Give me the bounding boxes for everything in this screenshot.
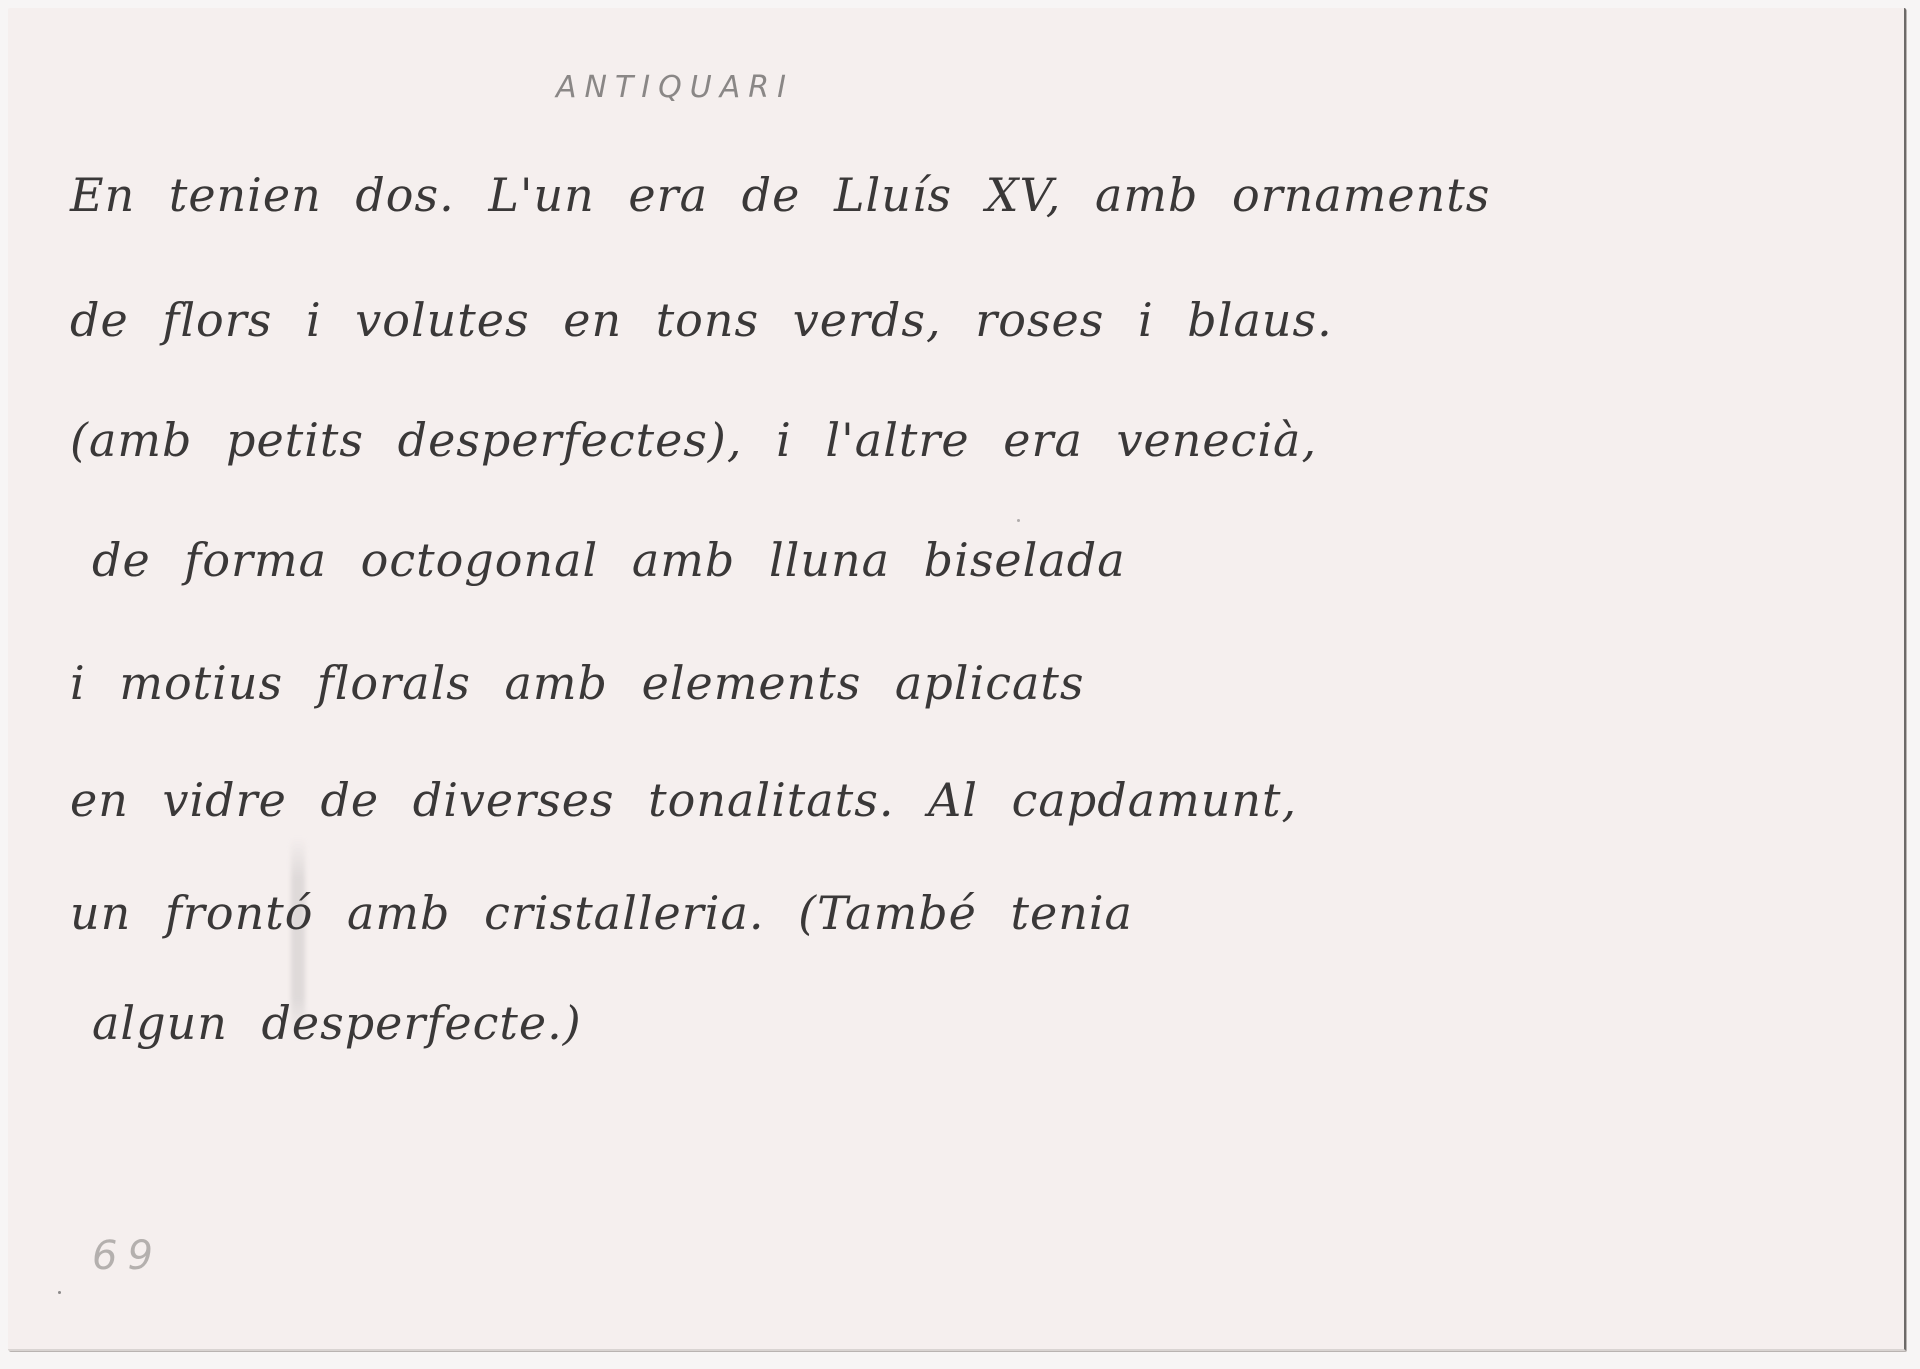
text-line-1: En tenien dos. L'un era de Lluís XV, amb… — [70, 168, 1490, 222]
ink-speck — [1017, 519, 1020, 522]
text-line-2: de flors i volutes en tons verds, roses … — [70, 293, 1333, 347]
index-card: ANTIQUARI En tenien dos. L'un era de Llu… — [8, 8, 1906, 1351]
text-line-8: algun desperfecte.) — [92, 996, 582, 1050]
text-line-4: de forma octogonal amb lluna biselada — [92, 533, 1126, 587]
page-number: 69 — [92, 1233, 163, 1279]
scanned-page: ANTIQUARI En tenien dos. L'un era de Llu… — [0, 0, 1920, 1369]
ink-speck — [58, 1291, 61, 1294]
text-line-5: i motius florals amb elements aplicats — [70, 656, 1085, 710]
text-line-6: en vidre de diverses tonalitats. Al capd… — [70, 773, 1297, 827]
header-label: ANTIQUARI — [556, 70, 794, 105]
text-line-3: (amb petits desperfectes), i l'altre era… — [70, 413, 1317, 467]
text-line-7: un frontó amb cristalleria. (També tenia — [70, 886, 1133, 940]
